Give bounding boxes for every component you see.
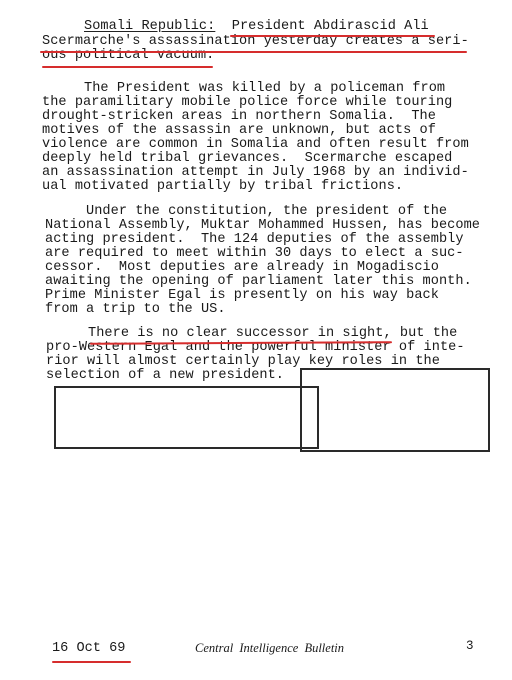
red-underline [230, 35, 435, 37]
redacted-block-left [54, 386, 319, 449]
paragraph-3-line: rior will almost certainly play key role… [46, 355, 440, 369]
paragraph-2-line: from a trip to the US. [45, 303, 226, 317]
red-underline [42, 66, 213, 68]
red-underline [40, 51, 467, 53]
paragraph-1-line: the paramilitary mobile police force whi… [42, 96, 452, 110]
paragraph-2-line: Prime Minister Egal is presently on his … [45, 289, 439, 303]
paragraph-2-line: Under the constitution, the president of… [86, 205, 447, 219]
paragraph-3-line: There is no clear successor in sight, bu… [88, 327, 457, 341]
paragraph-2-line: are required to meet within 30 days to e… [45, 247, 464, 261]
paragraph-2-line: National Assembly, Muktar Mohammed Husse… [45, 219, 480, 233]
red-underline [52, 661, 131, 663]
redacted-block-right [300, 368, 490, 452]
document-page: Somali Republic: President Abdirascid Al… [0, 0, 512, 680]
lead-sentence-part-1: President Abdirascid Ali [232, 19, 429, 34]
paragraph-1-line: motives of the assassin are unknown, but… [42, 124, 436, 138]
paragraph-3-line: selection of a new president. [46, 369, 284, 383]
heading-line-2: Scermarche's assassination yesterday cre… [42, 35, 469, 49]
heading-line-1: Somali Republic: President Abdirascid Al… [84, 20, 429, 34]
publication-title: Central Intelligence Bulletin [195, 641, 344, 656]
footer-date: 16 Oct 69 [52, 641, 125, 656]
paragraph-1-line: ual motivated partially by tribal fricti… [42, 180, 403, 194]
paragraph-2-line: awaiting the opening of parliament later… [45, 275, 472, 289]
paragraph-1-line: violence are common in Somalia and often… [42, 138, 469, 152]
paragraph-2-line: acting president. The 124 deputies of th… [45, 233, 464, 247]
paragraph-1-line: an assassination attempt in July 1968 by… [42, 166, 469, 180]
paragraph-2-line: cessor. Most deputies are already in Mog… [45, 261, 439, 275]
paragraph-1-line: deeply held tribal grievances. Scermarch… [42, 152, 452, 166]
paragraph-1-line: The President was killed by a policeman … [84, 82, 445, 96]
paragraph-1-line: drought-stricken areas in northern Somal… [42, 110, 436, 124]
topic-label: Somali Republic: [84, 19, 215, 34]
page-number: 3 [466, 639, 474, 653]
